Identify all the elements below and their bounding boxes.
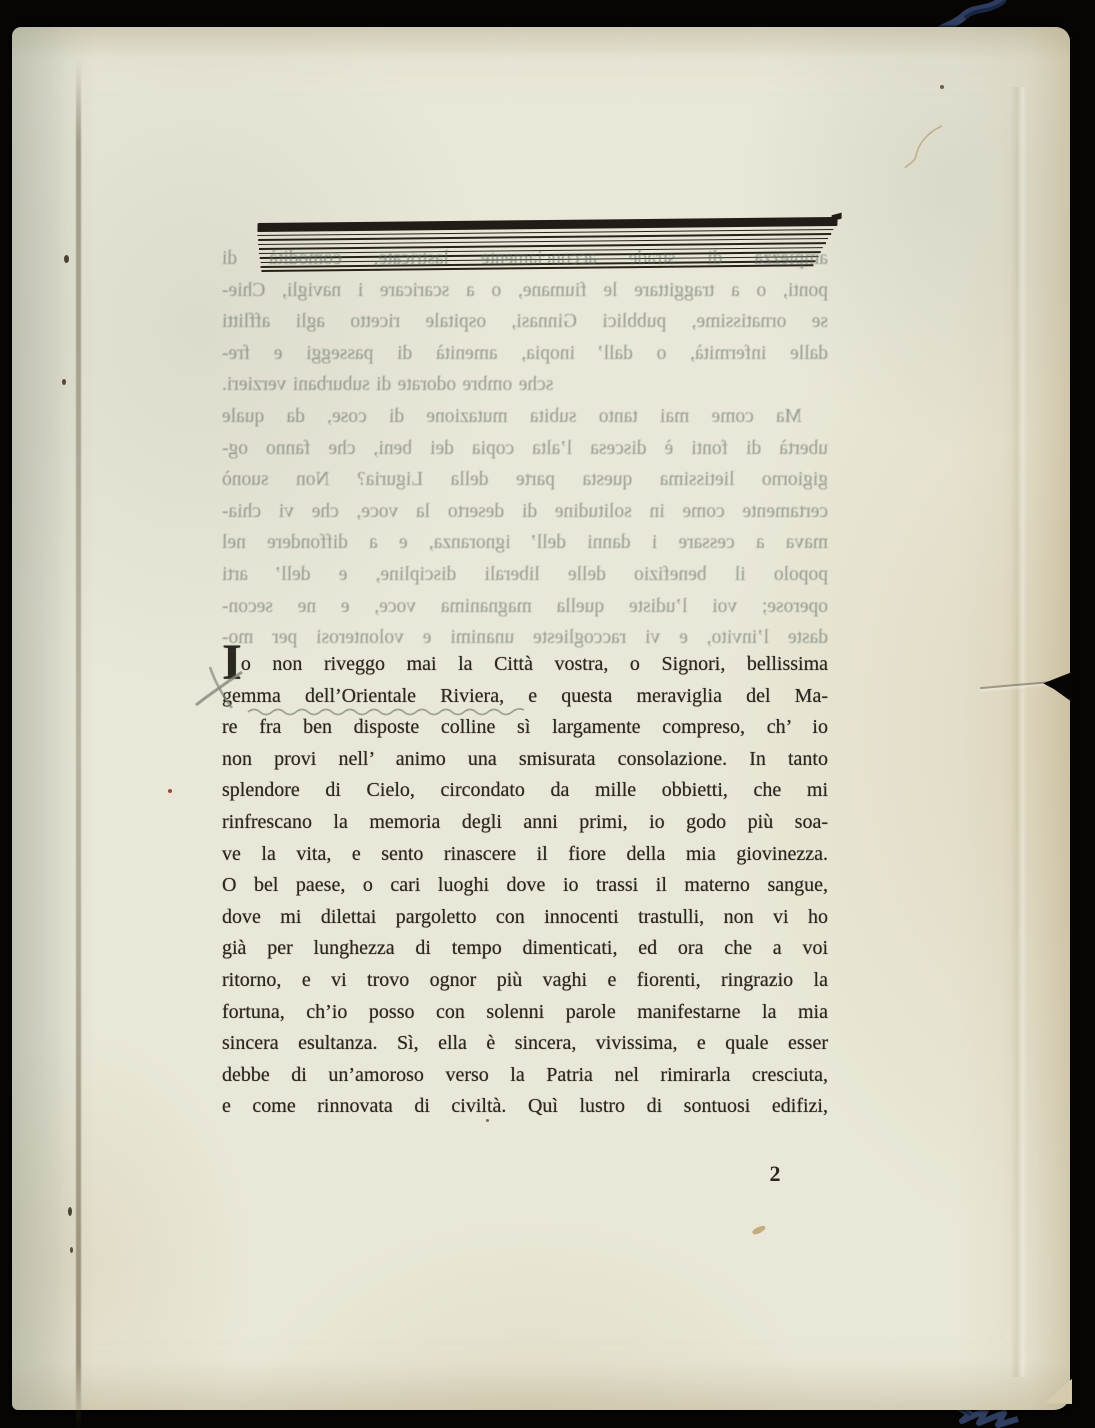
bleedthrough-line: mava a cessare i danni dell’ ignoranza, …	[222, 527, 828, 559]
main-text-line: dove mi dilettai pargoletto con innocent…	[222, 902, 828, 934]
main-text-line: rinfrescano la memoria degli anni primi,…	[222, 807, 828, 839]
binding-speck	[64, 255, 69, 263]
page-number: 2	[764, 1161, 786, 1187]
main-text-line: re fra ben disposte colline sì largament…	[222, 712, 828, 744]
bleedthrough-line: operose; voi l’udiste quella magnanima v…	[222, 591, 828, 623]
bleedthrough-line: Ma come mai tanto subita mutazione di co…	[222, 401, 828, 433]
tan-smudge	[751, 1224, 766, 1236]
main-paragraph-lines: gemma dell’Orientale Riviera, e questa m…	[222, 681, 828, 1123]
bleedthrough-line: sche ombre odorate di suburbani verzieri…	[222, 369, 828, 401]
bleedthrough-line: gigiorno lietissima questa parte della L…	[222, 464, 828, 496]
main-text-line: già per lunghezza di tempo dimenticati, …	[222, 933, 828, 965]
main-paragraph: Io non riveggo mai la Città vostra, o Si…	[222, 649, 828, 1123]
main-paragraph-first-line: Io non riveggo mai la Città vostra, o Si…	[222, 649, 828, 681]
bleedthrough-paragraph-1: ampiezza di strade acconciamente lastric…	[222, 243, 828, 369]
main-text-line: gemma dell’Orientale Riviera, e questa m…	[222, 681, 828, 713]
bleedthrough-line: ampiezza di strade acconciamente lastric…	[222, 243, 828, 275]
main-text-line: splendore di Cielo, circondato da mille …	[222, 775, 828, 807]
bleedthrough-line: certamente come in solitudine di deserto…	[222, 496, 828, 528]
main-text-line: ritorno, e vi trovo ognor più vaghi e fi…	[222, 965, 828, 997]
right-edge-crease	[1010, 87, 1028, 1377]
first-line-text: o non riveggo mai la Città vostra, o Sig…	[241, 653, 828, 675]
binding-speck	[70, 1247, 73, 1253]
paper-speck	[940, 85, 944, 89]
scanned-book-photo: { "page_number": "2", "main_paragraph": …	[0, 0, 1095, 1428]
bleedthrough-line: ubertà di fonti è discesa l’alta copia d…	[222, 433, 828, 465]
main-text-line: fortuna, ch’io posso con solenni parole …	[222, 997, 828, 1029]
binding-speck	[62, 379, 66, 385]
paper-fiber	[902, 122, 946, 170]
main-text-line: e come rinnovata di civiltà. Quì lustro …	[222, 1091, 828, 1123]
binding-speck	[68, 1207, 72, 1216]
bleedthrough-paragraph-2: Ma come mai tanto subita mutazione di co…	[222, 401, 828, 654]
main-text-line: O bel paese, o cari luoghi dove io trass…	[222, 870, 828, 902]
gutter-fold-line	[76, 61, 81, 1428]
main-text-line: non provi nell’ animo una smisurata cons…	[222, 744, 828, 776]
bleedthrough-line: dalle infermità, o dall’ inopia, amenità…	[222, 338, 828, 370]
bleedthrough-line: se ornatissime, pubblici Ginnasi, ospita…	[222, 306, 828, 338]
bleedthrough-line: popolo il benefizio delle liberali disci…	[222, 559, 828, 591]
bleedthrough-paragraph-1-last-line: sche ombre odorate di suburbani verzieri…	[222, 369, 828, 401]
bleedthrough-line: ponti, o a traggittare le fiumane, o a s…	[222, 275, 828, 307]
paper-speck	[486, 1119, 489, 1122]
main-text-line: debbe di un’amoroso verso la Patria nel …	[222, 1060, 828, 1092]
book-page: ampiezza di strade acconciamente lastric…	[12, 27, 1070, 1410]
main-text-line: sincera esultanza. Sì, ella è sincera, v…	[222, 1028, 828, 1060]
red-ink-speck	[168, 789, 172, 793]
main-text-line: ve la vita, e sento rinascere il fiore d…	[222, 839, 828, 871]
